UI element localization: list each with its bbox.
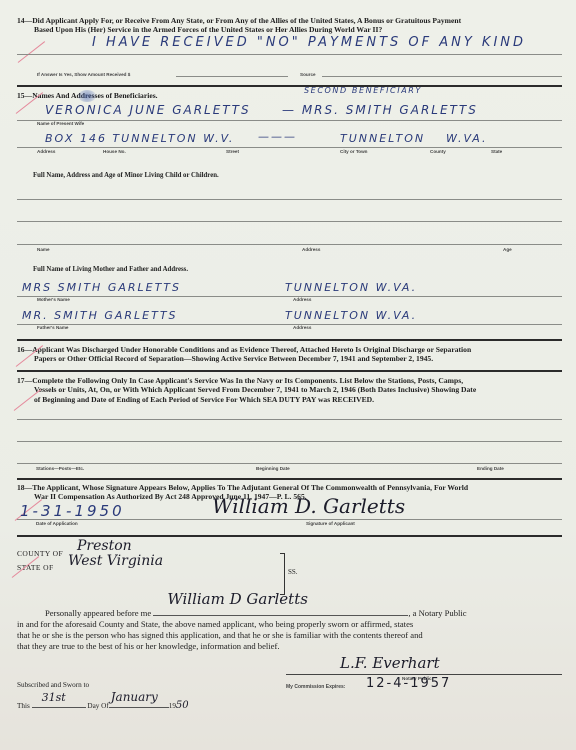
section-divider	[17, 478, 562, 480]
q18-line1: The Applicant, Whose Signature Appears B…	[32, 483, 468, 492]
section-divider	[17, 339, 562, 341]
bracket	[280, 553, 285, 595]
q16-statement: 16—Applicant Was Discharged Under Honora…	[17, 345, 562, 364]
notary-paragraph: Personally appeared before me William D …	[17, 606, 562, 652]
form-page: 14—Did Applicant Apply For, or Receive F…	[0, 0, 576, 750]
parents-title: Full Name of Living Mother and Father an…	[33, 266, 188, 273]
this-label: This	[17, 702, 30, 710]
q14-amount-field[interactable]	[176, 76, 288, 77]
street-value: ———	[258, 130, 297, 143]
section-divider	[17, 535, 562, 537]
q17-number: 17—	[17, 376, 32, 385]
beginning-date-label: Beginning Date	[256, 466, 290, 471]
q14-line2: Based Upon His (Her) Service in the Arme…	[17, 25, 562, 34]
city-label: City or Town	[340, 149, 367, 154]
ss-label: SS.	[288, 568, 298, 576]
year-prefix: 19	[169, 702, 176, 710]
q17-line3: of Beginning and Date of Ending of Each …	[17, 395, 562, 404]
stations-line-3[interactable]	[17, 463, 562, 464]
children-age-label: Age	[503, 247, 512, 252]
ink-smudge	[78, 90, 96, 102]
q18-signature-line	[17, 519, 562, 520]
stations-line-1[interactable]	[17, 419, 562, 420]
wife-name-label: Name of Present Wife	[37, 121, 84, 126]
stations-label: Stations—Posts—Etc.	[36, 466, 84, 471]
father-line	[17, 324, 562, 325]
mother-line	[17, 296, 562, 297]
notary-para-start: Personally appeared before me	[45, 608, 151, 618]
notary-para-line4: that they are true to the best of his or…	[17, 641, 562, 652]
mother-address-value: TUNNELTON W.VA.	[285, 281, 417, 294]
sworn-date-line: This 31st Day Of January 1950	[17, 700, 189, 711]
q14-number: 14—	[17, 16, 32, 25]
q14-source-label: Source	[300, 72, 316, 77]
address-line	[17, 147, 562, 148]
subscribed-label: Subscribed and Sworn to	[17, 681, 89, 689]
commission-value: 12-4-1957	[366, 676, 451, 691]
q14-line1: Did Applicant Apply For, or Receive From…	[32, 16, 461, 25]
q18-number: 18—	[17, 483, 32, 492]
q15-number: 15—	[17, 91, 32, 100]
children-line-3[interactable]	[17, 244, 562, 245]
children-name-label: Name	[37, 247, 50, 252]
state-value: W.VA.	[446, 132, 487, 145]
children-line-2[interactable]	[17, 221, 562, 222]
notary-para-line3: that he or she is the person who has sig…	[17, 630, 562, 641]
q17-instructions: 17—Complete the Following Only In Case A…	[17, 376, 562, 404]
application-date-label: Date of Application	[36, 521, 78, 526]
notary-para-line2: in and for the aforesaid County and Stat…	[17, 619, 562, 630]
children-line-1[interactable]	[17, 199, 562, 200]
appeared-name-field[interactable]: William D Garletts	[153, 606, 408, 616]
wife-name-value: VERONICA JUNE GARLETTS	[45, 103, 251, 117]
county-label: County	[430, 149, 446, 154]
q17-line1: Complete the Following Only In Case Appl…	[32, 376, 463, 385]
q14-source-field[interactable]	[322, 76, 562, 77]
address-label: Address	[37, 149, 55, 154]
section-divider	[17, 85, 562, 87]
q14-answer-line	[17, 54, 562, 55]
section-divider	[17, 370, 562, 372]
q14-question: 14—Did Applicant Apply For, or Receive F…	[17, 16, 562, 35]
q14-amount-label: If Answer Is Yes, Show Amount Received $	[37, 72, 130, 77]
q14-answer: I HAVE RECEIVED "NO" PAYMENTS OF ANY KIN…	[92, 35, 526, 50]
day-value: 31st	[42, 691, 66, 704]
state-label: State	[491, 149, 502, 154]
notary-signature-line	[286, 674, 562, 675]
month-field[interactable]: January	[109, 700, 169, 708]
q16-line1: Applicant Was Discharged Under Honorable…	[32, 345, 471, 354]
children-address-label: Address	[302, 247, 320, 252]
father-name-value: MR. SMITH GARLETTS	[22, 309, 178, 322]
second-beneficiary-note: SECOND BENEFICIARY	[304, 86, 422, 95]
mother-address-label: Address	[293, 297, 311, 302]
county-label: COUNTY OF	[17, 549, 63, 558]
father-address-label: Address	[293, 325, 311, 330]
year-value: 50	[176, 700, 189, 711]
address-value: BOX 146 TUNNELTON W.V.	[45, 132, 234, 145]
city-value: TUNNELTON	[340, 132, 425, 145]
street-label: Street	[226, 149, 239, 154]
county-value: Preston	[77, 538, 132, 554]
application-date-value: 1-31-1950	[20, 502, 125, 520]
house-no-label: House No.	[103, 149, 126, 154]
applicant-signature: William D. Garletts	[212, 494, 405, 518]
notary-signature: L.F. Everhart	[340, 654, 440, 672]
q16-number: 16—	[17, 345, 32, 354]
month-value: January	[111, 690, 158, 704]
day-of-label: Day Of	[87, 702, 108, 710]
q17-line2: Vessels or Units, At, On, or With Which …	[17, 385, 562, 394]
mother-name-label: Mother's Name	[37, 297, 70, 302]
state-of-value: West Virginia	[68, 553, 163, 569]
commission-label: My Commission Expires:	[286, 684, 345, 690]
notary-para-after-name: , a Notary Public	[408, 608, 466, 618]
check-mark-icon	[18, 41, 45, 63]
second-beneficiary-name: — MRS. SMITH GARLETTS	[282, 103, 478, 117]
q16-line2: Papers or Other Official Record of Separ…	[17, 354, 562, 363]
father-address-value: TUNNELTON W.VA.	[285, 309, 417, 322]
day-field[interactable]: 31st	[32, 700, 86, 708]
father-name-label: Father's Name	[37, 325, 68, 330]
stations-line-2[interactable]	[17, 441, 562, 442]
appeared-name-value: William D Garletts	[167, 594, 308, 605]
applicant-signature-label: Signature of Applicant	[306, 521, 355, 526]
ending-date-label: Ending Date	[477, 466, 504, 471]
wife-name-line	[17, 120, 562, 121]
children-title: Full Name, Address and Age of Minor Livi…	[33, 172, 219, 179]
mother-name-value: MRS SMITH GARLETTS	[22, 281, 181, 294]
